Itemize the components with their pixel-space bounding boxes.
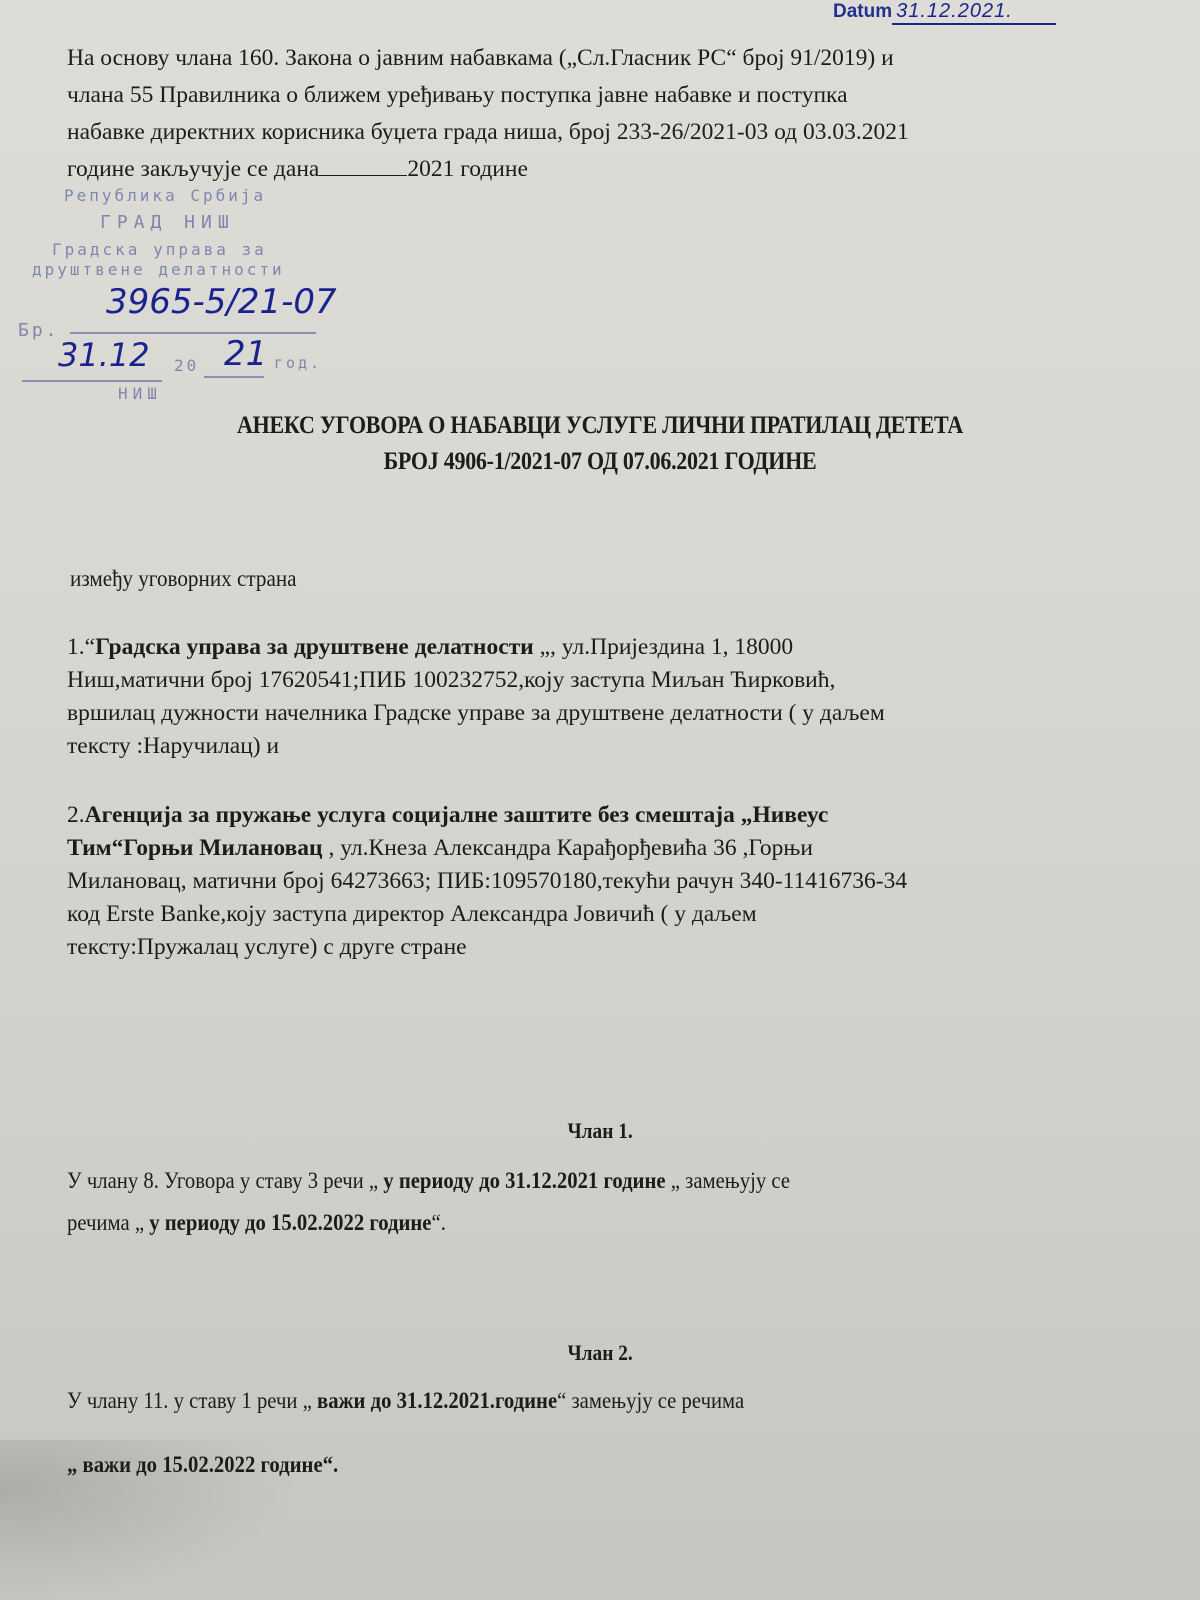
- document-page: Datum31.12.2021. На основу члана 160. За…: [0, 0, 1200, 1600]
- party-1: 1.“Градска управа за друштвене делатност…: [67, 631, 1117, 763]
- party-text: , ул.Кнеза Александра Карађорђевића 36 ,…: [323, 835, 813, 861]
- stamp-number-value: 3965-5/21-07: [106, 282, 337, 322]
- date-label: Datum: [833, 1, 892, 22]
- stamp-year-prefix: 20: [174, 356, 199, 375]
- article-line: У члану 8. Уговора у ставу 3 речи „ у пе…: [67, 1160, 1012, 1202]
- intro-line: набавке директних корисника буџета града…: [67, 114, 1114, 151]
- stamp-underline: [22, 380, 162, 382]
- intro-text: 2021 године: [407, 156, 528, 182]
- party-name: Тим“Горњи Милановац: [67, 835, 323, 861]
- article-text: „ замењују се: [666, 1168, 790, 1193]
- article-text: У члану 11. у ставу 1 речи „: [67, 1388, 317, 1413]
- stamp-line: Република Србија: [64, 186, 266, 205]
- article-line: У члану 11. у ставу 1 речи „ важи до 31.…: [67, 1380, 1012, 1422]
- stamp-underline: [204, 376, 264, 378]
- party-line: тексту:Пружалац услуге) с друге стране: [67, 931, 1117, 964]
- party-line: Тим“Горњи Милановац , ул.Кнеза Александр…: [67, 832, 1117, 865]
- article-line: речима „ у периоду до 15.02.2022 године“…: [67, 1202, 1012, 1244]
- stamp-line: друштвене делатности: [32, 260, 285, 279]
- intro-line: члана 55 Правилника о ближем уређивању п…: [67, 77, 1114, 114]
- stamp-underline: [70, 332, 316, 334]
- date-field: Datum31.12.2021.: [833, 0, 1056, 25]
- article-2-heading: Члан 2.: [0, 1340, 1200, 1366]
- date-value: 31.12.2021.: [892, 0, 1056, 25]
- title-line: АНЕКС УГОВОРА О НАБАВЦИ УСЛУГЕ ЛИЧНИ ПРА…: [125, 408, 1075, 444]
- party-2: 2.Агенција за пружање услуга социјалне з…: [67, 799, 1117, 964]
- intro-paragraph: На основу члана 160. Закона о јавним наб…: [67, 40, 1114, 188]
- article-text: “ замењују се речима: [557, 1388, 744, 1413]
- party-line: 2.Агенција за пружање услуга социјалне з…: [67, 799, 1117, 832]
- party-number: 1.“: [67, 634, 95, 660]
- date-blank: [319, 155, 407, 176]
- article-text: речима „: [67, 1210, 149, 1235]
- article-bold: „ важи до 15.02.2022 године“.: [67, 1452, 338, 1477]
- stamp-date-day: 31.12: [58, 336, 150, 374]
- party-name: Агенција за пружање услуга социјалне заш…: [85, 802, 829, 828]
- party-text: „, ул.Пријездина 1, 18000: [534, 634, 793, 660]
- stamp-year-suffix: 21: [224, 334, 267, 374]
- parties-intro: између уговорних страна: [70, 566, 297, 593]
- heading-text: Члан 2.: [567, 1340, 632, 1366]
- article-2-body: У члану 11. у ставу 1 речи „ важи до 31.…: [67, 1380, 1117, 1486]
- party-line: код Erste Banke,коју заступа директор Ал…: [67, 898, 1117, 931]
- party-name: Градска управа за друштвене делатности: [95, 634, 534, 660]
- article-bold: важи до 31.12.2021.године: [317, 1388, 557, 1413]
- stamp-number-label: Бр.: [18, 320, 60, 341]
- party-number: 2.: [67, 802, 85, 828]
- article-bold: у периоду до 15.02.2022 године: [149, 1210, 431, 1235]
- intro-line: На основу члана 160. Закона о јавним наб…: [67, 40, 1114, 77]
- stamp-line: ГРАД НИШ: [100, 212, 235, 233]
- title-line: БРОЈ 4906-1/2021-07 ОД 07.06.2021 ГОДИНЕ: [125, 444, 1075, 480]
- stamp-year-label: год.: [274, 354, 322, 372]
- heading-text: Члан 1.: [567, 1118, 632, 1144]
- party-line: вршилац дужности начелника Градске управ…: [67, 697, 1117, 730]
- article-bold: у периоду до 31.12.2021 године: [383, 1168, 665, 1193]
- article-text: “.: [432, 1210, 446, 1235]
- stamp-city: НИШ: [118, 384, 162, 403]
- article-text: У члану 8. Уговора у ставу 3 речи „: [67, 1168, 383, 1193]
- intro-text: године закључује се дана: [67, 156, 319, 182]
- party-line: тексту :Наручилац) и: [67, 730, 1117, 763]
- intro-line: године закључује се дана2021 године: [67, 151, 1114, 188]
- party-line: 1.“Градска управа за друштвене делатност…: [67, 631, 1117, 664]
- party-line: Ниш,матични број 17620541;ПИБ 100232752,…: [67, 664, 1117, 697]
- stamp-line: Градска управа за: [52, 240, 267, 259]
- article-1-body: У члану 8. Уговора у ставу 3 речи „ у пе…: [67, 1160, 1117, 1244]
- document-title: АНЕКС УГОВОРА О НАБАВЦИ УСЛУГЕ ЛИЧНИ ПРА…: [60, 408, 1140, 480]
- article-line: „ важи до 15.02.2022 године“.: [67, 1444, 1012, 1486]
- party-line: Милановац, матични број 64273663; ПИБ:10…: [67, 865, 1117, 898]
- article-1-heading: Члан 1.: [0, 1118, 1200, 1144]
- registry-stamp: Република Србија ГРАД НИШ Градска управа…: [18, 186, 358, 406]
